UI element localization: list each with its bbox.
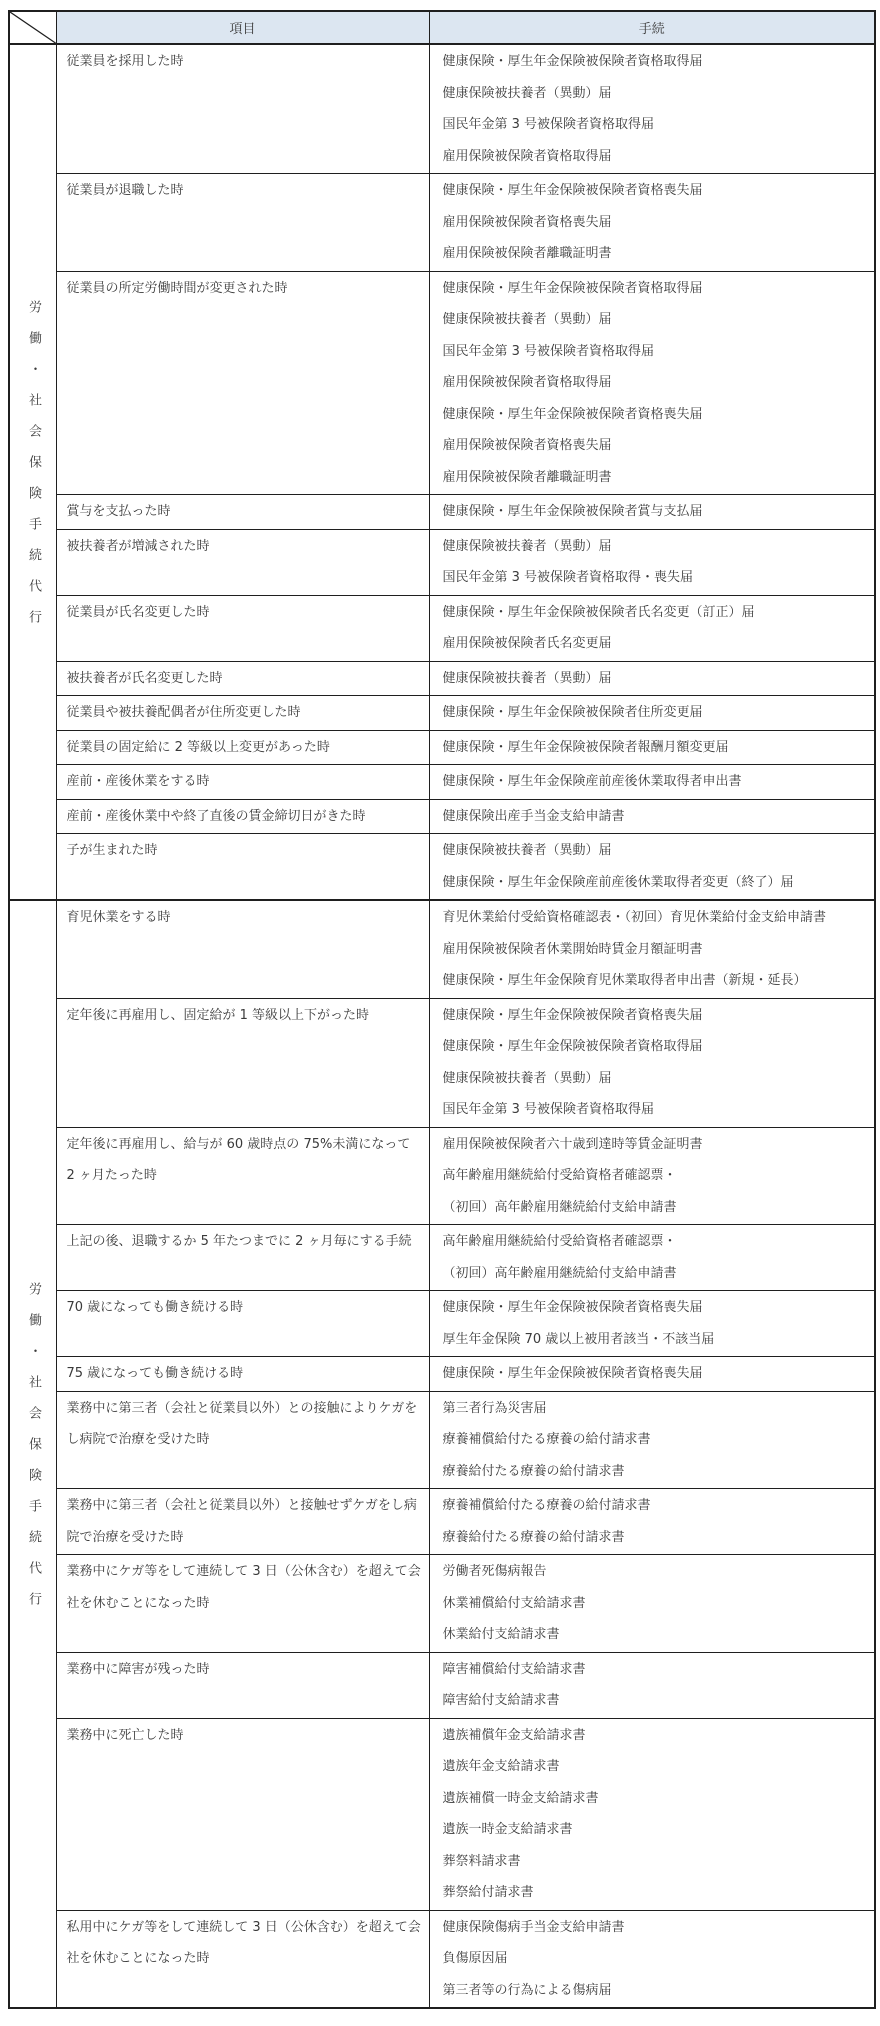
item-text: 業務中に第三者（会社と従業員以外）との接触によりケガをし病院で治療を受けた時	[67, 1393, 423, 1456]
procedure-line: 国民年金第 3 号被保険者資格取得届	[443, 1094, 869, 1126]
procedure-line: 国民年金第 3 号被保険者資格取得・喪失届	[443, 562, 869, 594]
item-cell: 業務中に障害が残った時	[56, 1652, 429, 1718]
table-row: 私用中にケガ等をして連続して 3 日（公休含む）を超えて会社を休むことになった時…	[9, 1910, 875, 2008]
item-text: 賞与を支払った時	[67, 496, 423, 528]
procedure-cell: 健康保険・厚生年金保険被保険者資格喪失届雇用保険被保険者資格喪失届雇用保険被保険…	[429, 174, 875, 272]
procedure-line: 健康保険・厚生年金保険被保険者資格喪失届	[443, 1000, 869, 1032]
procedure-line: 健康保険被扶養者（異動）届	[443, 531, 869, 563]
item-cell: 賞与を支払った時	[56, 495, 429, 530]
item-text: 70 歳になっても働き続ける時	[67, 1292, 423, 1324]
procedure-line: 高年齢雇用継続給付受給資格者確認票・	[443, 1160, 869, 1192]
column-header-procedure: 手続	[429, 11, 875, 44]
procedure-line: 遺族補償年金支給請求書	[443, 1720, 869, 1752]
procedure-line: 雇用保険被保険者休業開始時賃金月額証明書	[443, 934, 869, 966]
item-text: 従業員が退職した時	[67, 175, 423, 207]
item-cell: 育児休業をする時	[56, 900, 429, 998]
item-text: 業務中に障害が残った時	[67, 1654, 423, 1686]
item-text: 従業員や被扶養配偶者が住所変更した時	[67, 697, 423, 729]
procedure-line: 雇用保険被保険者資格喪失届	[443, 207, 869, 239]
table-row: 業務中に第三者（会社と従業員以外）と接触せずケガをし病院で治療を受けた時療養補償…	[9, 1489, 875, 1555]
procedure-cell: 障害補償給付支給請求書障害給付支給請求書	[429, 1652, 875, 1718]
procedure-line: 遺族一時金支給請求書	[443, 1814, 869, 1846]
item-cell: 上記の後、退職するか 5 年たつまでに 2 ヶ月毎にする手続	[56, 1225, 429, 1291]
procedure-line: 健康保険・厚生年金保険被保険者資格取得届	[443, 46, 869, 78]
procedure-line: 国民年金第 3 号被保険者資格取得届	[443, 336, 869, 368]
table-row: 業務中に第三者（会社と従業員以外）との接触によりケガをし病院で治療を受けた時第三…	[9, 1391, 875, 1489]
item-cell: 業務中にケガ等をして連続して 3 日（公休含む）を超えて会社を休むことになった時	[56, 1555, 429, 1653]
procedure-line: 雇用保険被保険者資格喪失届	[443, 430, 869, 462]
item-text: 私用中にケガ等をして連続して 3 日（公休含む）を超えて会社を休むことになった時	[67, 1912, 423, 1975]
item-text: 従業員の所定労働時間が変更された時	[67, 273, 423, 305]
procedure-line: 障害給付支給請求書	[443, 1685, 869, 1717]
procedure-cell: 健康保険・厚生年金保険被保険者資格取得届健康保険被扶養者（異動）届国民年金第 3…	[429, 271, 875, 495]
procedure-line: 葬祭給付請求書	[443, 1877, 869, 1909]
item-cell: 業務中に第三者（会社と従業員以外）と接触せずケガをし病院で治療を受けた時	[56, 1489, 429, 1555]
procedure-line: 健康保険・厚生年金保険被保険者資格喪失届	[443, 1358, 869, 1390]
procedure-line: 健康保険・厚生年金保険被保険者資格取得届	[443, 1031, 869, 1063]
procedure-cell: 健康保険傷病手当金支給申請書負傷原因届第三者等の行為による傷病届	[429, 1910, 875, 2008]
procedure-line: 育児休業給付受給資格確認表・（初回）育児休業給付金支給申請書	[443, 902, 869, 934]
item-text: 産前・産後休業をする時	[67, 766, 423, 798]
table-row: 被扶養者が氏名変更した時健康保険被扶養者（異動）届	[9, 661, 875, 696]
procedure-line: 雇用保険被保険者六十歳到達時等賃金証明書	[443, 1129, 869, 1161]
table-row: 70 歳になっても働き続ける時健康保険・厚生年金保険被保険者資格喪失届厚生年金保…	[9, 1291, 875, 1357]
corner-cell	[9, 11, 56, 44]
item-cell: 私用中にケガ等をして連続して 3 日（公休含む）を超えて会社を休むことになった時	[56, 1910, 429, 2008]
table-row: 従業員の所定労働時間が変更された時健康保険・厚生年金保険被保険者資格取得届健康保…	[9, 271, 875, 495]
table-row: 被扶養者が増減された時健康保険被扶養者（異動）届国民年金第 3 号被保険者資格取…	[9, 529, 875, 595]
table-row: 賞与を支払った時健康保険・厚生年金保険被保険者賞与支払届	[9, 495, 875, 530]
procedure-line: 労働者死傷病報告	[443, 1556, 869, 1588]
item-cell: 従業員を採用した時	[56, 44, 429, 174]
procedure-line: 高年齢雇用継続給付受給資格者確認票・	[443, 1226, 869, 1258]
procedure-cell: 健康保険・厚生年金保険被保険者資格喪失届	[429, 1357, 875, 1392]
procedure-cell: 健康保険被扶養者（異動）届健康保険・厚生年金保険産前産後休業取得者変更（終了）届	[429, 834, 875, 901]
table-row: 産前・産後休業中や終了直後の賃金締切日がきた時健康保険出産手当金支給申請書	[9, 799, 875, 834]
item-cell: 75 歳になっても働き続ける時	[56, 1357, 429, 1392]
procedure-line: 雇用保険被保険者離職証明書	[443, 462, 869, 494]
procedure-cell: 健康保険・厚生年金保険被保険者賞与支払届	[429, 495, 875, 530]
item-cell: 従業員が氏名変更した時	[56, 595, 429, 661]
table-header: 項目 手続	[9, 11, 875, 44]
table-row: 75 歳になっても働き続ける時健康保険・厚生年金保険被保険者資格喪失届	[9, 1357, 875, 1392]
table-row: 労働・社会保険手続代行従業員を採用した時健康保険・厚生年金保険被保険者資格取得届…	[9, 44, 875, 174]
item-text: 子が生まれた時	[67, 835, 423, 867]
procedure-line: 健康保険・厚生年金保険被保険者資格喪失届	[443, 1292, 869, 1324]
procedure-cell: 健康保険・厚生年金保険被保険者住所変更届	[429, 696, 875, 731]
item-cell: 70 歳になっても働き続ける時	[56, 1291, 429, 1357]
table-row: 上記の後、退職するか 5 年たつまでに 2 ヶ月毎にする手続高年齢雇用継続給付受…	[9, 1225, 875, 1291]
procedure-line: 健康保険被扶養者（異動）届	[443, 78, 869, 110]
item-cell: 産前・産後休業中や終了直後の賃金締切日がきた時	[56, 799, 429, 834]
item-cell: 従業員が退職した時	[56, 174, 429, 272]
procedure-line: 負傷原因届	[443, 1943, 869, 1975]
item-text: 従業員の固定給に 2 等級以上変更があった時	[67, 732, 423, 764]
procedure-line: 療養補償給付たる療養の給付請求書	[443, 1490, 869, 1522]
item-text: 75 歳になっても働き続ける時	[67, 1358, 423, 1390]
procedure-line: 遺族年金支給請求書	[443, 1751, 869, 1783]
item-cell: 定年後に再雇用し、固定給が 1 等級以上下がった時	[56, 998, 429, 1127]
procedure-line: 厚生年金保険 70 歳以上被用者該当・不該当届	[443, 1324, 869, 1356]
item-cell: 定年後に再雇用し、給与が 60 歳時点の 75%未満になって 2 ヶ月たった時	[56, 1127, 429, 1225]
procedure-cell: 健康保険・厚生年金保険被保険者資格喪失届厚生年金保険 70 歳以上被用者該当・不…	[429, 1291, 875, 1357]
procedure-line: 第三者行為災害届	[443, 1393, 869, 1425]
procedure-line: 健康保険・厚生年金保険被保険者賞与支払届	[443, 496, 869, 528]
item-cell: 被扶養者が氏名変更した時	[56, 661, 429, 696]
procedure-line: 雇用保険被保険者氏名変更届	[443, 628, 869, 660]
item-text: 上記の後、退職するか 5 年たつまでに 2 ヶ月毎にする手続	[67, 1226, 423, 1258]
table-row: 定年後に再雇用し、給与が 60 歳時点の 75%未満になって 2 ヶ月たった時雇…	[9, 1127, 875, 1225]
table-row: 定年後に再雇用し、固定給が 1 等級以上下がった時健康保険・厚生年金保険被保険者…	[9, 998, 875, 1127]
section-2-body: 労働・社会保険手続代行育児休業をする時育児休業給付受給資格確認表・（初回）育児休…	[9, 900, 875, 2008]
procedure-line: 健康保険・厚生年金保険被保険者資格喪失届	[443, 175, 869, 207]
table-row: 業務中に障害が残った時障害補償給付支給請求書障害給付支給請求書	[9, 1652, 875, 1718]
procedure-line: 雇用保険被保険者資格取得届	[443, 367, 869, 399]
row-group-label: 労働・社会保険手続代行	[10, 300, 57, 641]
item-text: 被扶養者が氏名変更した時	[67, 663, 423, 695]
procedure-line: 療養補償給付たる療養の給付請求書	[443, 1424, 869, 1456]
item-text: 従業員を採用した時	[67, 46, 423, 78]
item-cell: 産前・産後休業をする時	[56, 765, 429, 800]
column-header-item: 項目	[56, 11, 429, 44]
diagonal-line-icon	[10, 12, 56, 43]
item-text: 従業員が氏名変更した時	[67, 597, 423, 629]
procedure-line: 健康保険・厚生年金保険育児休業取得者申出書（新規・延長）	[443, 965, 869, 997]
item-text: 被扶養者が増減された時	[67, 531, 423, 563]
item-cell: 従業員の所定労働時間が変更された時	[56, 271, 429, 495]
row-group-header-2: 労働・社会保険手続代行	[9, 900, 56, 2008]
table-row: 産前・産後休業をする時健康保険・厚生年金保険産前産後休業取得者申出書	[9, 765, 875, 800]
procedure-cell: 健康保険出産手当金支給申請書	[429, 799, 875, 834]
procedure-line: 健康保険・厚生年金保険被保険者資格喪失届	[443, 399, 869, 431]
item-cell: 従業員や被扶養配偶者が住所変更した時	[56, 696, 429, 731]
table-row: 従業員や被扶養配偶者が住所変更した時健康保険・厚生年金保険被保険者住所変更届	[9, 696, 875, 731]
procedure-cell: 遺族補償年金支給請求書遺族年金支給請求書遺族補償一時金支給請求書遺族一時金支給請…	[429, 1718, 875, 1910]
procedure-line: （初回）高年齢雇用継続給付支給申請書	[443, 1258, 869, 1290]
procedure-cell: 健康保険被扶養者（異動）届	[429, 661, 875, 696]
procedure-line: 国民年金第 3 号被保険者資格取得届	[443, 109, 869, 141]
procedure-cell: 育児休業給付受給資格確認表・（初回）育児休業給付金支給申請書雇用保険被保険者休業…	[429, 900, 875, 998]
procedure-line: 健康保険・厚生年金保険被保険者報酬月額変更届	[443, 732, 869, 764]
procedure-cell: 健康保険・厚生年金保険産前産後休業取得者申出書	[429, 765, 875, 800]
item-cell: 従業員の固定給に 2 等級以上変更があった時	[56, 730, 429, 765]
item-cell: 子が生まれた時	[56, 834, 429, 901]
procedure-cell: 労働者死傷病報告休業補償給付支給請求書休業給付支給請求書	[429, 1555, 875, 1653]
item-text: 業務中に第三者（会社と従業員以外）と接触せずケガをし病院で治療を受けた時	[67, 1490, 423, 1553]
item-cell: 被扶養者が増減された時	[56, 529, 429, 595]
procedure-line: 休業給付支給請求書	[443, 1619, 869, 1651]
procedure-line: 健康保険出産手当金支給申請書	[443, 801, 869, 833]
procedure-cell: 療養補償給付たる療養の給付請求書療養給付たる療養の給付請求書	[429, 1489, 875, 1555]
item-text: 定年後に再雇用し、固定給が 1 等級以上下がった時	[67, 1000, 423, 1032]
procedure-line: 療養給付たる療養の給付請求書	[443, 1522, 869, 1554]
procedure-line: （初回）高年齢雇用継続給付支給申請書	[443, 1192, 869, 1224]
row-group-header-1: 労働・社会保険手続代行	[9, 44, 56, 900]
procedure-line: 健康保険被扶養者（異動）届	[443, 304, 869, 336]
item-text: 育児休業をする時	[67, 902, 423, 934]
procedure-line: 遺族補償一時金支給請求書	[443, 1783, 869, 1815]
procedure-cell: 雇用保険被保険者六十歳到達時等賃金証明書高年齢雇用継続給付受給資格者確認票・（初…	[429, 1127, 875, 1225]
item-text: 定年後に再雇用し、給与が 60 歳時点の 75%未満になって 2 ヶ月たった時	[67, 1129, 423, 1192]
procedure-cell: 健康保険・厚生年金保険被保険者資格取得届健康保険被扶養者（異動）届国民年金第 3…	[429, 44, 875, 174]
item-cell: 業務中に第三者（会社と従業員以外）との接触によりケガをし病院で治療を受けた時	[56, 1391, 429, 1489]
procedure-cell: 健康保険被扶養者（異動）届国民年金第 3 号被保険者資格取得・喪失届	[429, 529, 875, 595]
procedure-cell: 第三者行為災害届療養補償給付たる療養の給付請求書療養給付たる療養の給付請求書	[429, 1391, 875, 1489]
item-text: 業務中に死亡した時	[67, 1720, 423, 1752]
table-row: 従業員の固定給に 2 等級以上変更があった時健康保険・厚生年金保険被保険者報酬月…	[9, 730, 875, 765]
procedure-line: 療養給付たる療養の給付請求書	[443, 1456, 869, 1488]
row-group-label: 労働・社会保険手続代行	[10, 1282, 57, 1623]
item-cell: 業務中に死亡した時	[56, 1718, 429, 1910]
procedure-cell: 高年齢雇用継続給付受給資格者確認票・（初回）高年齢雇用継続給付支給申請書	[429, 1225, 875, 1291]
procedure-line: 健康保険・厚生年金保険被保険者住所変更届	[443, 697, 869, 729]
procedure-line: 第三者等の行為による傷病届	[443, 1975, 869, 2007]
procedure-line: 健康保険被扶養者（異動）届	[443, 1063, 869, 1095]
item-text: 産前・産後休業中や終了直後の賃金締切日がきた時	[67, 801, 423, 833]
procedure-cell: 健康保険・厚生年金保険被保険者氏名変更（訂正）届雇用保険被保険者氏名変更届	[429, 595, 875, 661]
procedure-cell: 健康保険・厚生年金保険被保険者報酬月額変更届	[429, 730, 875, 765]
procedure-line: 障害補償給付支給請求書	[443, 1654, 869, 1686]
table-row: 労働・社会保険手続代行育児休業をする時育児休業給付受給資格確認表・（初回）育児休…	[9, 900, 875, 998]
procedure-line: 健康保険・厚生年金保険産前産後休業取得者変更（終了）届	[443, 867, 869, 899]
table-row: 業務中にケガ等をして連続して 3 日（公休含む）を超えて会社を休むことになった時…	[9, 1555, 875, 1653]
table-row: 業務中に死亡した時遺族補償年金支給請求書遺族年金支給請求書遺族補償一時金支給請求…	[9, 1718, 875, 1910]
procedure-line: 健康保険被扶養者（異動）届	[443, 663, 869, 695]
procedure-line: 休業補償給付支給請求書	[443, 1588, 869, 1620]
procedure-line: 葬祭料請求書	[443, 1846, 869, 1878]
header-row: 項目 手続	[9, 11, 875, 44]
procedures-table: 項目 手続 労働・社会保険手続代行従業員を採用した時健康保険・厚生年金保険被保険…	[8, 10, 876, 2009]
procedure-line: 雇用保険被保険者資格取得届	[443, 141, 869, 173]
procedure-line: 健康保険・厚生年金保険被保険者資格取得届	[443, 273, 869, 305]
section-1-body: 労働・社会保険手続代行従業員を採用した時健康保険・厚生年金保険被保険者資格取得届…	[9, 44, 875, 900]
procedure-line: 健康保険・厚生年金保険被保険者氏名変更（訂正）届	[443, 597, 869, 629]
procedure-line: 健康保険傷病手当金支給申請書	[443, 1912, 869, 1944]
table-row: 従業員が退職した時健康保険・厚生年金保険被保険者資格喪失届雇用保険被保険者資格喪…	[9, 174, 875, 272]
table-row: 従業員が氏名変更した時健康保険・厚生年金保険被保険者氏名変更（訂正）届雇用保険被…	[9, 595, 875, 661]
procedure-cell: 健康保険・厚生年金保険被保険者資格喪失届健康保険・厚生年金保険被保険者資格取得届…	[429, 998, 875, 1127]
procedure-line: 健康保険被扶養者（異動）届	[443, 835, 869, 867]
procedure-line: 健康保険・厚生年金保険産前産後休業取得者申出書	[443, 766, 869, 798]
item-text: 業務中にケガ等をして連続して 3 日（公休含む）を超えて会社を休むことになった時	[67, 1556, 423, 1619]
table-row: 子が生まれた時健康保険被扶養者（異動）届健康保険・厚生年金保険産前産後休業取得者…	[9, 834, 875, 901]
procedure-line: 雇用保険被保険者離職証明書	[443, 238, 869, 270]
